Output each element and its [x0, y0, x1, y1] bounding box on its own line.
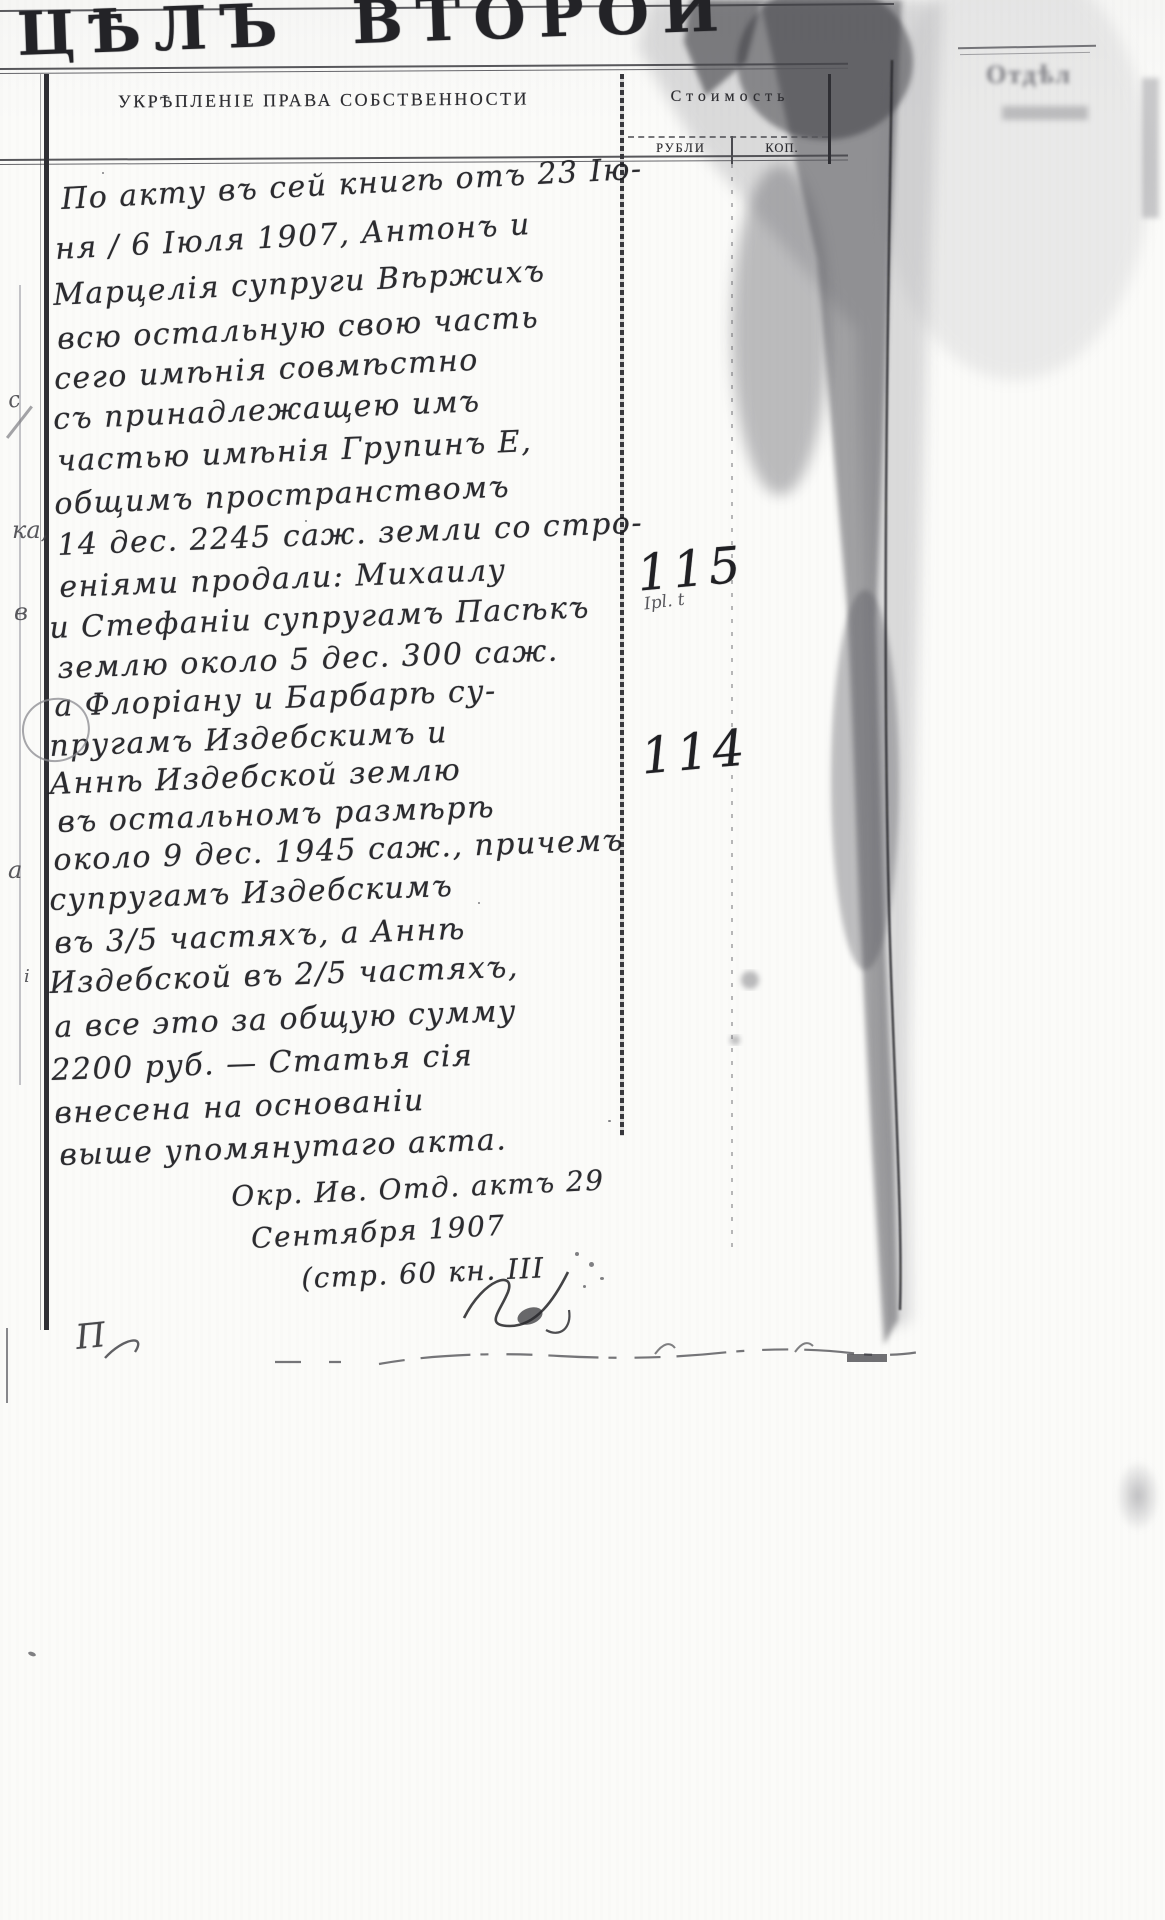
- ink-speck: [478, 902, 480, 904]
- rubles-kopecks-divider: [731, 136, 733, 164]
- adjacent-page-smudge: [1002, 106, 1088, 120]
- scan-smudge-bottom-right: [1116, 1460, 1160, 1532]
- page-title: ЦѢЛЪ ВТОРОЙ: [16, 0, 733, 70]
- manuscript-line: супругамъ Издебскимъ: [49, 869, 454, 918]
- column-header-cost: Стоимость: [632, 88, 828, 106]
- subcolumn-rubles: РУБЛИ: [632, 141, 730, 156]
- column-divider: [620, 74, 624, 1136]
- margin-fragment: а: [8, 856, 22, 884]
- next-entry-clipped-strokes: [95, 1320, 995, 1375]
- ink-speck: [305, 520, 307, 522]
- ink-speck: [28, 1651, 37, 1657]
- ink-speck: [608, 1120, 611, 1122]
- manuscript-line: а все это за общую сумму: [54, 994, 518, 1045]
- manuscript-line: выше упомянутаго акта.: [59, 1122, 508, 1173]
- scanned-ledger-page: Отдѣл ЦѢЛЪ ВТОРОЙ УКРѢПЛЕНІЕ ПРАВА СОБСТ…: [0, 0, 1165, 1920]
- attestation-line: Окр. Ив. Отд. актъ 29: [231, 1164, 606, 1213]
- adjacent-page-faint-text: Отдѣл: [986, 60, 1072, 90]
- margin-fragment: ка,: [12, 516, 48, 544]
- ink-speck: [589, 1262, 594, 1267]
- cost-subheader-rule: [628, 136, 828, 138]
- ink-speck: [583, 1285, 586, 1288]
- manuscript-line: внесена на основаніи: [54, 1083, 426, 1131]
- gutter-shadow: [630, 0, 1165, 1400]
- subcolumn-kopecks: КОП.: [738, 141, 826, 156]
- margin-fragment: і: [24, 966, 30, 987]
- manuscript-line: 2200 руб. — Статья сія: [51, 1038, 474, 1088]
- margin-fragment: в: [14, 598, 28, 626]
- rubles-kopecks-divider-cont: [731, 164, 733, 1254]
- column-header-ownership: УКРѢПЛЕНІЕ ПРАВА СОБСТВЕННОСТИ: [118, 89, 518, 113]
- margin-bottom-tick: [6, 1328, 8, 1403]
- ink-speck: [575, 1252, 579, 1256]
- cost-value-114: 114: [639, 718, 751, 785]
- cost-column-right-border: [828, 74, 831, 164]
- ink-speck: [102, 172, 104, 174]
- ink-speck: [600, 1277, 604, 1280]
